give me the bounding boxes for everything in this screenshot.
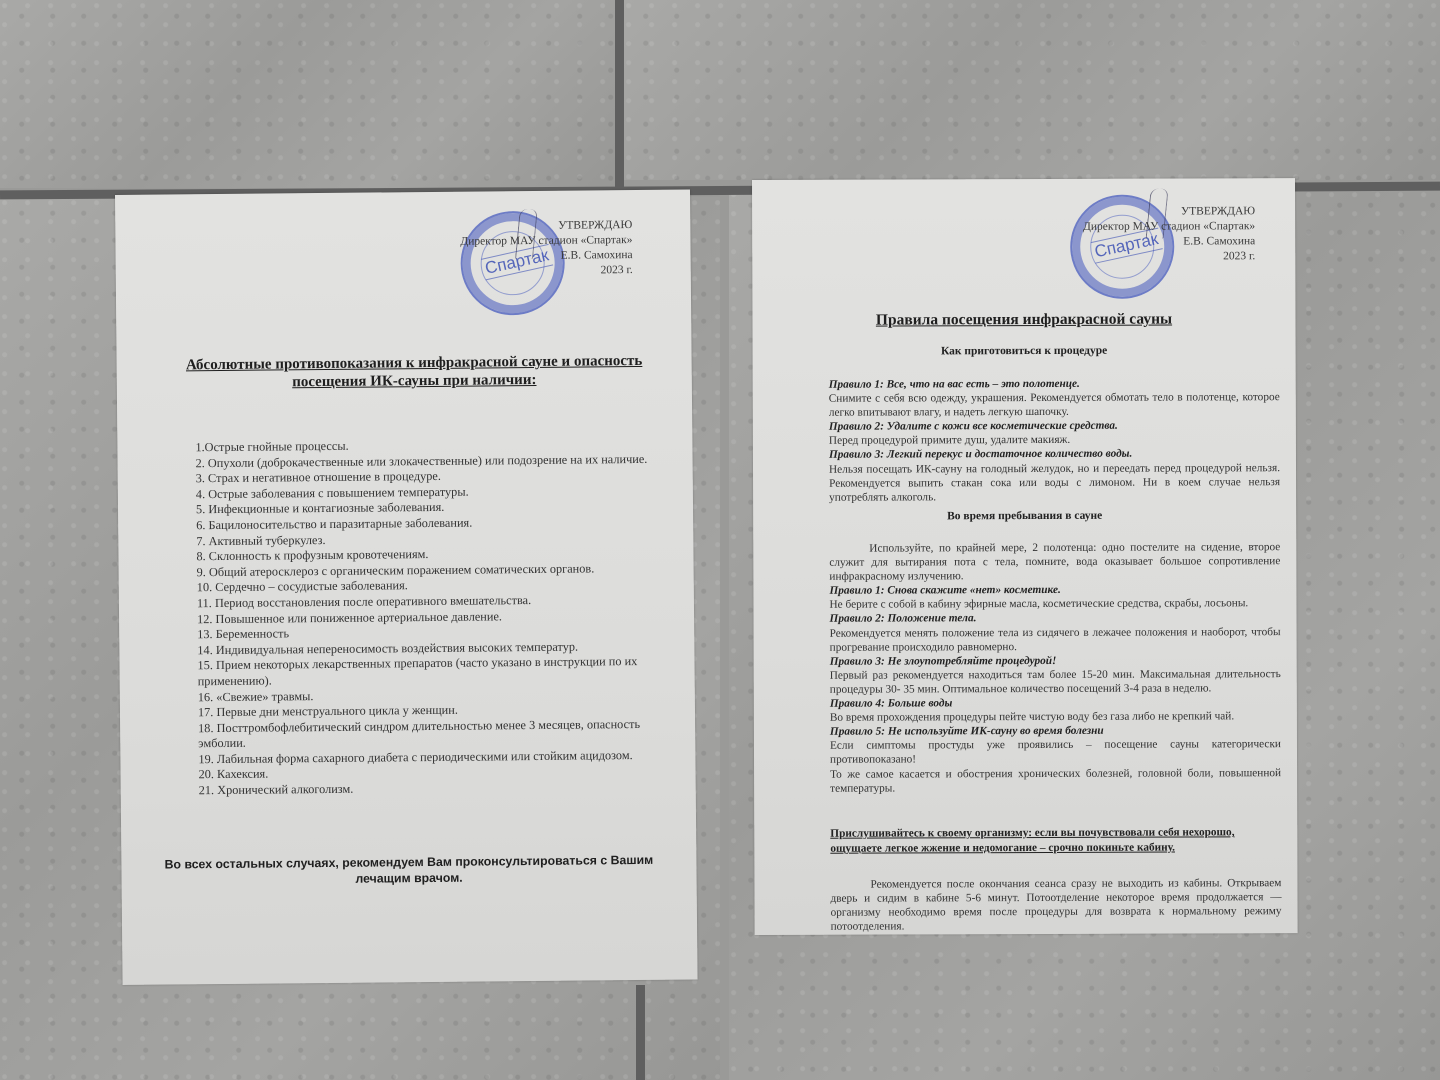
- rule-heading: Правило 3: Легкий перекус и достаточное …: [829, 447, 1280, 463]
- rule-text: Первый раз рекомендуется находиться там …: [830, 667, 1281, 697]
- document-footer: Во всех остальных случаях, рекомендуем В…: [161, 852, 656, 889]
- rule-heading: Правило 1: Снова скажите «нет» косметике…: [829, 582, 1280, 598]
- closing-paragraph: Рекомендуется после окончания сеанса сра…: [830, 876, 1281, 934]
- section-during-sauna: Используйте, по крайней мере, 2 полотенц…: [829, 540, 1281, 795]
- approval-block: УТВЕРЖДАЮ Директор МАУ стадион «Спартак»…: [460, 218, 633, 280]
- approval-line: Директор МАУ стадион «Спартак»: [1083, 219, 1255, 235]
- intro-paragraph: Используйте, по крайней мере, 2 полотенц…: [829, 540, 1280, 584]
- rule-heading: Правило 2: Положение тела.: [830, 611, 1281, 627]
- rule-heading: Правило 5: Не используйте ИК-сауну во вр…: [830, 723, 1281, 739]
- sauna-rules-notice: Спартак УТВЕРЖДАЮ Директор МАУ стадион «…: [752, 178, 1298, 935]
- approval-line: УТВЕРЖДАЮ: [460, 218, 632, 235]
- tile: [0, 0, 615, 188]
- section-preparation: Правило 1: Все, что на вас есть – это по…: [829, 376, 1280, 504]
- section-heading: Во время пребывания в сауне: [753, 509, 1296, 523]
- rule-text: Рекомендуется менять положение тела из с…: [830, 625, 1281, 655]
- rule-heading: Правило 4: Больше воды: [830, 695, 1281, 711]
- section-heading: Как приготовиться к процедуре: [753, 344, 1296, 358]
- contraindications-notice: Спартак УТВЕРЖДАЮ Директор МАУ стадион «…: [115, 189, 698, 984]
- grout-line: [615, 0, 624, 195]
- approval-line: 2023 г.: [1083, 249, 1255, 265]
- tile: [624, 0, 1440, 180]
- grout-line: [636, 985, 645, 1080]
- approval-block: УТВЕРЖДАЮ Директор МАУ стадион «Спартак»…: [1083, 204, 1255, 265]
- approval-line: Директор МАУ стадион «Спартак»: [460, 233, 632, 250]
- document-title: Правила посещения инфракрасной сауны: [752, 310, 1295, 330]
- approval-line: Е.В. Самохина: [460, 248, 632, 265]
- rule-text: Не берите с собой в кабину эфирные масла…: [829, 597, 1280, 613]
- rule-text: Перед процедурой примите душ, удалите ма…: [829, 433, 1280, 449]
- warning-text: Прислушивайтесь к своему организму: если…: [830, 825, 1283, 857]
- rule-text: Нельзя посещать ИК-сауну на голодный жел…: [829, 461, 1280, 505]
- rule-heading: Правило 1: Все, что на вас есть – это по…: [829, 376, 1280, 392]
- rule-text: Если симптомы простуды уже проявились – …: [830, 737, 1281, 767]
- rule-text: Во время прохождения процедуры пейте чис…: [830, 709, 1281, 725]
- rule-heading: Правило 3: Не злоупотребляйте процедурой…: [830, 653, 1281, 669]
- rule-text: То же самое касается и обострения хронич…: [830, 766, 1281, 796]
- approval-line: УТВЕРЖДАЮ: [1083, 204, 1255, 220]
- approval-line: 2023 г.: [461, 263, 633, 280]
- list-item: 18. Посттромбофлебитический синдром длит…: [198, 717, 655, 753]
- rule-text: Снимите с себя всю одежду, украшения. Ре…: [829, 390, 1280, 420]
- list-item: 21. Хронический алкоголизм.: [199, 779, 656, 799]
- list-item: 15. Прием некоторых лекарственных препар…: [197, 654, 654, 690]
- rule-heading: Правило 2: Удалите с кожи все косметичес…: [829, 418, 1280, 434]
- contraindications-list: 1.Острые гнойные процессы.2. Опухоли (до…: [195, 436, 655, 799]
- document-title: Абсолютные противопоказания к инфракрасн…: [177, 352, 652, 393]
- approval-line: Е.В. Самохина: [1083, 234, 1255, 250]
